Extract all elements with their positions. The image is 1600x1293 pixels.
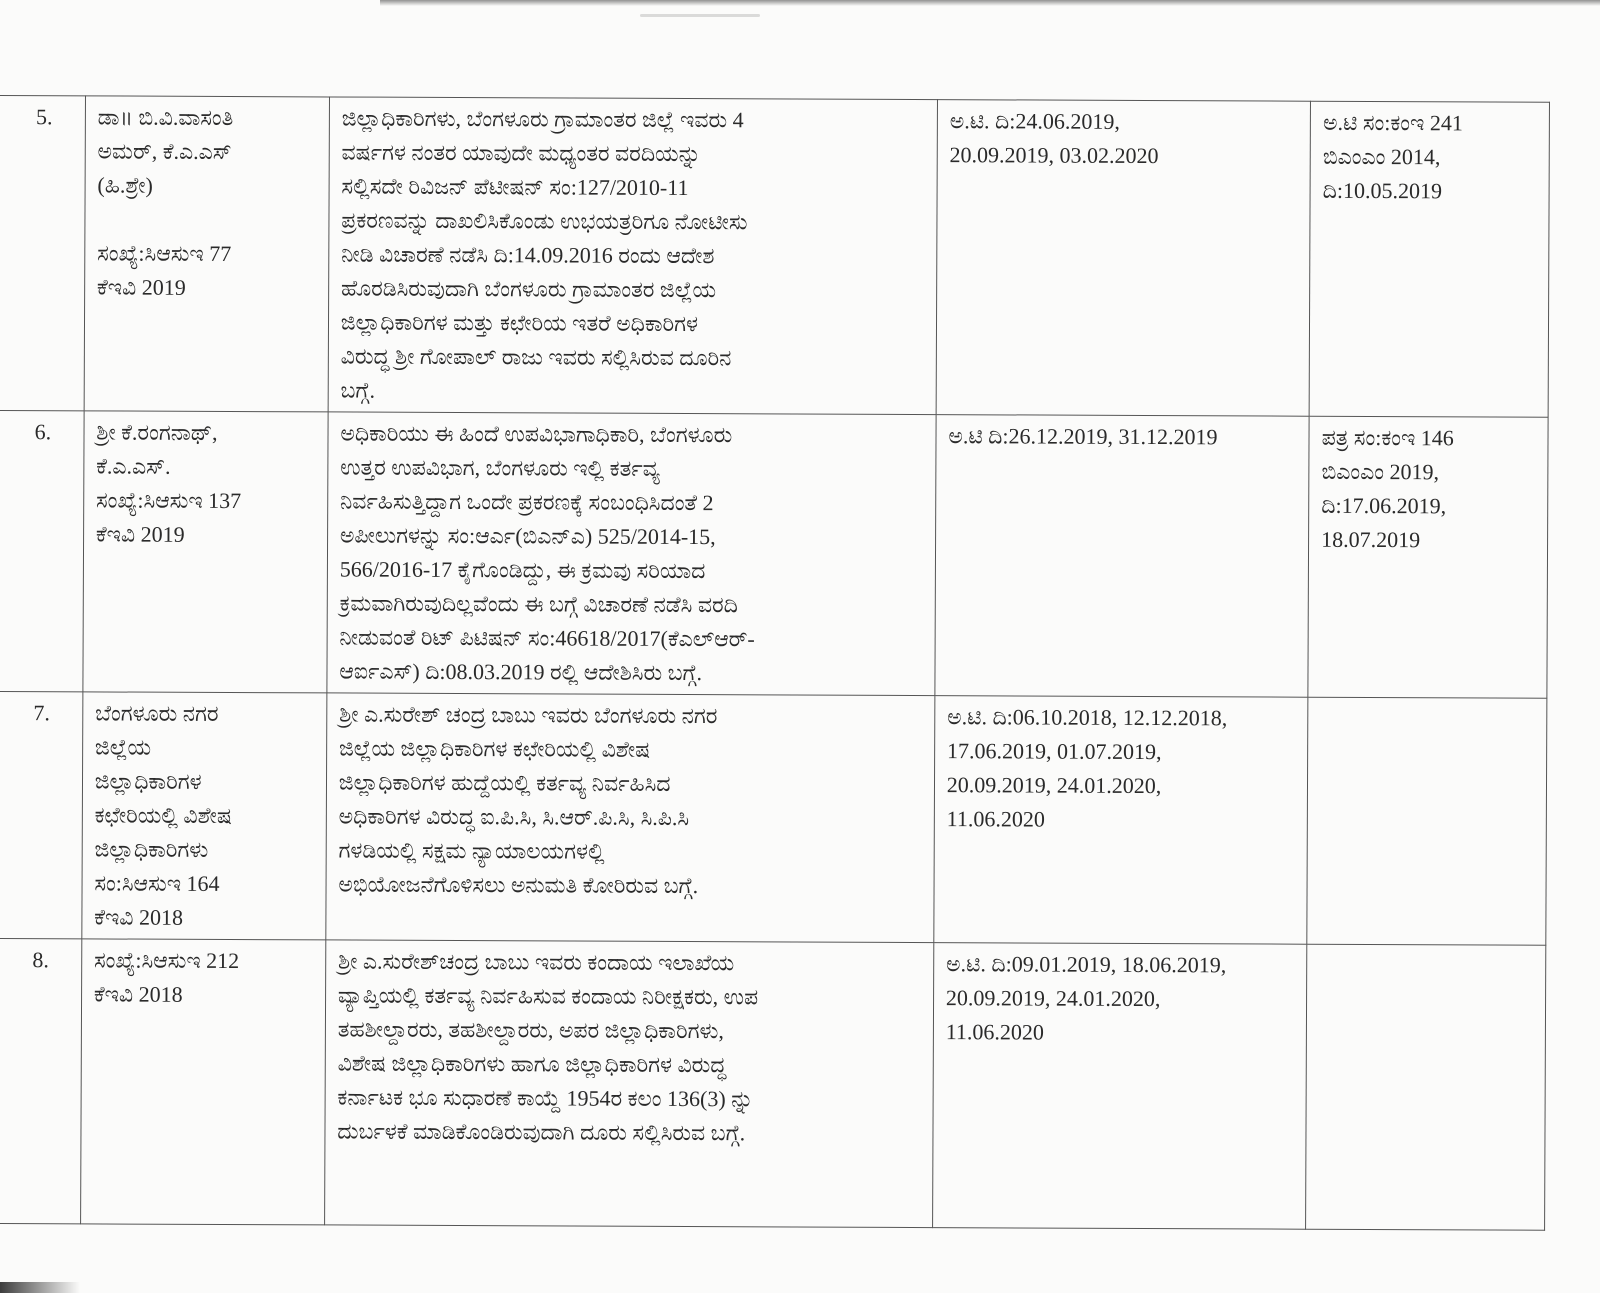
serial-number-cell: 6. xyxy=(0,410,84,691)
officer-name-line: ಜಿಲ್ಲಾಧಿಕಾರಿಗಳು xyxy=(94,832,317,867)
subject-line: ಜಿಲ್ಲಾಧಿಕಾರಿಗಳ ಹುದ್ದೆಯಲ್ಲಿ ಕರ್ತವ್ಯ ನಿರ್ವ… xyxy=(339,765,926,802)
subject-line: ಅಪೀಲುಗಳನ್ನು ಸಂ:ಆರ್ಎ(ಬಿಎನ್ಎ) 525/2014-15, xyxy=(340,518,927,555)
table-row: 8.ಸಂಖ್ಯೆ:ಸಿಆಸುಇ 212ಕೆಇವಿ 2018ಶ್ರೀ ಎ.ಸುರೇ… xyxy=(0,938,1546,1230)
reference-cell: ಪತ್ರ ಸಂ:ಕಂಇ 146ಬಿಎಂಎಂ 2019,ದಿ:17.06.2019… xyxy=(1308,416,1548,698)
subject-cell: ಅಧಿಕಾರಿಯು ಈ ಹಿಂದೆ ಉಪವಿಭಾಗಾಧಿಕಾರಿ, ಬೆಂಗಳೂ… xyxy=(327,412,936,696)
subject-line: ವರ್ಷಗಳ ನಂತರ ಯಾವುದೇ ಮಧ್ಯಂತರ ವರದಿಯನ್ನು xyxy=(342,135,929,172)
officer-name-line: ಕಛೇರಿಯಲ್ಲಿ ವಿಶೇಷ xyxy=(95,798,318,833)
dates-cell: ಅ.ಟಿ. ದಿ:24.06.2019,20.09.2019, 03.02.20… xyxy=(936,100,1311,417)
officer-name-cell: ಸಂಖ್ಯೆ:ಸಿಆಸುಇ 212ಕೆಇವಿ 2018 xyxy=(80,939,325,1225)
reference-line: ದಿ:17.06.2019, xyxy=(1321,489,1539,524)
subject-line: ನೀಡಿ ವಿಚಾರಣೆ ನಡೆಸಿ ದಿ:14.09.2016 ರಂದು ಆದ… xyxy=(341,237,928,274)
subject-cell: ಶ್ರೀ ಎ.ಸುರೇಶ್‌ಚಂದ್ರ ಬಾಬು ಇವರು ಕಂದಾಯ ಇಲಾಖ… xyxy=(324,940,933,1228)
date-line: 20.09.2019, 03.02.2020 xyxy=(950,138,1302,174)
subject-cell: ಶ್ರೀ ಎ.ಸುರೇಶ್ ಚಂದ್ರ ಬಾಬು ಇವರು ಬೆಂಗಳೂರು ನ… xyxy=(326,693,935,943)
officer-name-line: ಕೆ.ಎ.ಎಸ್. xyxy=(96,449,319,484)
subject-line: ತಹಶೀಲ್ದಾರರು, ತಹಶೀಲ್ದಾರರು, ಅಪರ ಜಿಲ್ಲಾಧಿಕಾ… xyxy=(338,1012,925,1049)
subject-line: ಪ್ರಕರಣವನ್ನು ದಾಖಲಿಸಿಕೊಂಡು ಉಭಯತ್ರರಿಗೂ ನೋಟೀ… xyxy=(341,203,928,240)
officer-name-line: ಸಂ:ಸಿಆಸುಇ 164 xyxy=(94,866,317,901)
subject-line: ಅಧಿಕಾರಿಯು ಈ ಹಿಂದೆ ಉಪವಿಭಾಗಾಧಿಕಾರಿ, ಬೆಂಗಳೂ… xyxy=(340,416,927,453)
serial-number-cell: 8. xyxy=(0,938,82,1223)
subject-line: ಜಿಲ್ಲೆಯ ಜಿಲ್ಲಾಧಿಕಾರಿಗಳ ಕಛೇರಿಯಲ್ಲಿ ವಿಶೇಷ xyxy=(339,731,926,768)
officer-name-line: ಕೆಇವಿ 2018 xyxy=(94,900,317,935)
subject-line: ಉತ್ತರ ಉಪವಿಭಾಗ, ಬೆಂಗಳೂರು ಇಲ್ಲಿ ಕರ್ತವ್ಯ xyxy=(340,450,927,487)
file-reference-line: ಸಂಖ್ಯೆ:ಸಿಆಸುಇ 77 xyxy=(97,236,320,271)
officer-name-line: ಶ್ರೀ ಕೆ.ರಂಗನಾಥ್, xyxy=(96,415,319,450)
scan-smudge xyxy=(640,14,760,17)
reference-line: ದಿ:10.05.2019 xyxy=(1323,174,1541,209)
serial-number-cell: 7. xyxy=(0,691,83,938)
date-line: ಅ.ಟಿ. ದಿ:09.01.2019, 18.06.2019, xyxy=(946,947,1298,983)
officer-name-line: ಸಂಖ್ಯೆ:ಸಿಆಸುಇ 212 xyxy=(94,943,317,978)
subject-cell: ಜಿಲ್ಲಾಧಿಕಾರಿಗಳು, ಬೆಂಗಳೂರು ಗ್ರಾಮಾಂತರ ಜಿಲ್… xyxy=(328,97,937,415)
subject-line: ಗಳಡಿಯಲ್ಲಿ ಸಕ್ಷಮ ನ್ಯಾಯಾಲಯಗಳಲ್ಲಿ xyxy=(338,833,925,870)
serial-number: 6. xyxy=(10,415,75,449)
subject-line: ವಿರುದ್ಧ ಶ್ರೀ ಗೋಪಾಲ್ ರಾಜು ಇವರು ಸಲ್ಲಿಸಿರುವ… xyxy=(341,339,928,376)
officer-name-line: ಜಿಲ್ಲೆಯ xyxy=(95,730,318,765)
table-row: 6.ಶ್ರೀ ಕೆ.ರಂಗನಾಥ್,ಕೆ.ಎ.ಎಸ್.ಸಂಖ್ಯೆ:ಸಿಆಸುಇ… xyxy=(0,410,1548,698)
date-line: ಅ.ಟಿ. ದಿ:24.06.2019, xyxy=(950,104,1302,140)
subject-line: ಜಿಲ್ಲಾಧಿಕಾರಿಗಳು, ಬೆಂಗಳೂರು ಗ್ರಾಮಾಂತರ ಜಿಲ್… xyxy=(342,101,929,138)
reference-line: ಅ.ಟಿ ಸಂ:ಕಂಇ 241 xyxy=(1323,106,1541,141)
dates-cell: ಅ.ಟಿ. ದಿ:09.01.2019, 18.06.2019,20.09.20… xyxy=(932,943,1307,1230)
table-row: 5.ಡಾ॥ ಬಿ.ವಿ.ವಾಸಂತಿಅಮರ್, ಕೆ.ಎ.ಎಸ್(ಹಿ.ಶ್ರೇ… xyxy=(0,95,1549,417)
officer-name-line: ಬೆಂಗಳೂರು ನಗರ xyxy=(95,696,318,731)
subject-line: ಬಗ್ಗೆ. xyxy=(340,373,927,410)
officer-name-cell: ಬೆಂಗಳೂರು ನಗರಜಿಲ್ಲೆಯಜಿಲ್ಲಾಧಿಕಾರಿಗಳಕಛೇರಿಯಲ… xyxy=(82,692,327,940)
date-line: 17.06.2019, 01.07.2019, xyxy=(947,734,1299,770)
subject-line: ವಿಶೇಷ ಜಿಲ್ಲಾಧಿಕಾರಿಗಳು ಹಾಗೂ ಜಿಲ್ಲಾಧಿಕಾರಿಗ… xyxy=(338,1046,925,1083)
serial-number: 8. xyxy=(8,943,73,977)
reference-line: ಬಿಎಂಎಂ 2014, xyxy=(1323,140,1541,175)
subject-line: ನಿರ್ವಹಿಸುತ್ತಿದ್ದಾಗ ಒಂದೇ ಪ್ರಕರಣಕ್ಕೆ ಸಂಬಂಧ… xyxy=(340,484,927,521)
reference-cell xyxy=(1307,697,1547,945)
officer-name-cell: ಡಾ॥ ಬಿ.ವಿ.ವಾಸಂತಿಅಮರ್, ಕೆ.ಎ.ಎಸ್(ಹಿ.ಶ್ರೇ)ಸ… xyxy=(84,96,329,412)
reference-cell: ಅ.ಟಿ ಸಂ:ಕಂಇ 241ಬಿಎಂಎಂ 2014,ದಿ:10.05.2019 xyxy=(1309,101,1549,417)
subject-line: ನೀಡುವಂತೆ ರಿಟ್ ಪಿಟಿಷನ್ ಸಂ:46618/2017(ಕೆಎಲ… xyxy=(339,620,926,657)
spacer xyxy=(97,202,320,237)
subject-line: ವ್ಯಾಪ್ತಿಯಲ್ಲಿ ಕರ್ತವ್ಯ ನಿರ್ವಹಿಸುವ ಕಂದಾಯ ನ… xyxy=(338,978,925,1015)
date-line: 20.09.2019, 24.01.2020, xyxy=(946,981,1298,1017)
officer-name-line: ಕೆಇವಿ 2019 xyxy=(96,517,319,552)
table-row: 7.ಬೆಂಗಳೂರು ನಗರಜಿಲ್ಲೆಯಜಿಲ್ಲಾಧಿಕಾರಿಗಳಕಛೇರಿ… xyxy=(0,691,1547,945)
scan-edge-shadow-bottom xyxy=(0,1282,80,1293)
date-line: ಅ.ಟಿ ದಿ:26.12.2019, 31.12.2019 xyxy=(948,419,1300,455)
subject-line: ಕ್ರಮವಾಗಿರುವುದಿಲ್ಲವೆಂದು ಈ ಬಗ್ಗೆ ವಿಚಾರಣೆ ನ… xyxy=(340,586,927,623)
date-line: ಅ.ಟಿ. ದಿ:06.10.2018, 12.12.2018, xyxy=(947,700,1299,736)
subject-line: ಆರ್ಐಎಸ್) ದಿ:08.03.2019 ರಲ್ಲಿ ಆದೇಶಿಸಿರು ಬ… xyxy=(339,654,926,691)
officer-name-line: (ಹಿ.ಶ್ರೇ) xyxy=(97,168,320,203)
officer-name-line: ಕೆಇವಿ 2018 xyxy=(94,977,317,1012)
date-line: 11.06.2020 xyxy=(947,802,1299,838)
subject-line: ಹೊರಡಿಸಿರುವುದಾಗಿ ಬೆಂಗಳೂರು ಗ್ರಾಮಾಂತರ ಜಿಲ್ಲ… xyxy=(341,271,928,308)
officer-name-line: ಸಂಖ್ಯೆ:ಸಿಆಸುಇ 137 xyxy=(96,483,319,518)
officer-name-line: ಜಿಲ್ಲಾಧಿಕಾರಿಗಳ xyxy=(95,764,318,799)
date-line: 11.06.2020 xyxy=(946,1015,1298,1051)
reference-line: ಪತ್ರ ಸಂ:ಕಂಇ 146 xyxy=(1322,421,1540,456)
dates-cell: ಅ.ಟಿ ದಿ:26.12.2019, 31.12.2019 xyxy=(935,415,1310,698)
officer-name-line: ಅಮರ್, ಕೆ.ಎ.ಎಸ್ xyxy=(97,134,320,169)
subject-line: ದುರ್ಬಳಕೆ ಮಾಡಿಕೊಂಡಿರುವುದಾಗಿ ದೂರು ಸಲ್ಲಿಸಿರ… xyxy=(337,1114,924,1151)
case-table: 5.ಡಾ॥ ಬಿ.ವಿ.ವಾಸಂತಿಅಮರ್, ಕೆ.ಎ.ಎಸ್(ಹಿ.ಶ್ರೇ… xyxy=(0,95,1550,1231)
scan-edge-shadow-top xyxy=(380,0,1600,6)
subject-line: ಶ್ರೀ ಎ.ಸುರೇಶ್‌ಚಂದ್ರ ಬಾಬು ಇವರು ಕಂದಾಯ ಇಲಾಖ… xyxy=(338,944,925,981)
officer-name-cell: ಶ್ರೀ ಕೆ.ರಂಗನಾಥ್,ಕೆ.ಎ.ಎಸ್.ಸಂಖ್ಯೆ:ಸಿಆಸುಇ 1… xyxy=(83,411,328,693)
subject-line: ಜಿಲ್ಲಾಧಿಕಾರಿಗಳ ಮತ್ತು ಕಛೇರಿಯ ಇತರೆ ಅಧಿಕಾರಿ… xyxy=(341,305,928,342)
reference-line: ಬಿಎಂಎಂ 2019, xyxy=(1321,455,1539,490)
reference-line: 18.07.2019 xyxy=(1321,523,1539,558)
reference-cell xyxy=(1306,944,1546,1230)
date-line: 20.09.2019, 24.01.2020, xyxy=(947,768,1299,804)
serial-number: 7. xyxy=(9,696,74,730)
subject-line: ಶ್ರೀ ಎ.ಸುರೇಶ್ ಚಂದ್ರ ಬಾಬು ಇವರು ಬೆಂಗಳೂರು ನ… xyxy=(339,697,926,734)
file-reference-line: ಕೆಇವಿ 2019 xyxy=(97,270,320,305)
subject-line: ಅಧಿಕಾರಿಗಳ ವಿರುದ್ಧ ಐ.ಪಿ.ಸಿ, ಸಿ.ಆರ್.ಪಿ.ಸಿ,… xyxy=(339,799,926,836)
subject-line: ಅಭಿಯೋಜನೆಗೊಳಿಸಲು ಅನುಮತಿ ಕೋರಿರುವ ಬಗ್ಗೆ. xyxy=(338,867,925,904)
subject-line: ಸಲ್ಲಿಸದೇ ರಿವಿಜನ್ ಪೆಟೀಷನ್ ಸಂ:127/2010-11 xyxy=(341,169,928,206)
serial-number-cell: 5. xyxy=(0,95,85,410)
dates-cell: ಅ.ಟಿ. ದಿ:06.10.2018, 12.12.2018,17.06.20… xyxy=(934,696,1308,945)
serial-number: 5. xyxy=(12,100,77,134)
subject-line: ಕರ್ನಾಟಕ ಭೂ ಸುಧಾರಣೆ ಕಾಯ್ದೆ 1954ರ ಕಲಂ 136(… xyxy=(337,1080,924,1117)
officer-name-line: ಡಾ॥ ಬಿ.ವಿ.ವಾಸಂತಿ xyxy=(98,100,321,135)
subject-line: 566/2016-17 ಕೈಗೊಂಡಿದ್ದು, ಈ ಕ್ರಮವು ಸರಿಯಾದ xyxy=(340,552,927,589)
